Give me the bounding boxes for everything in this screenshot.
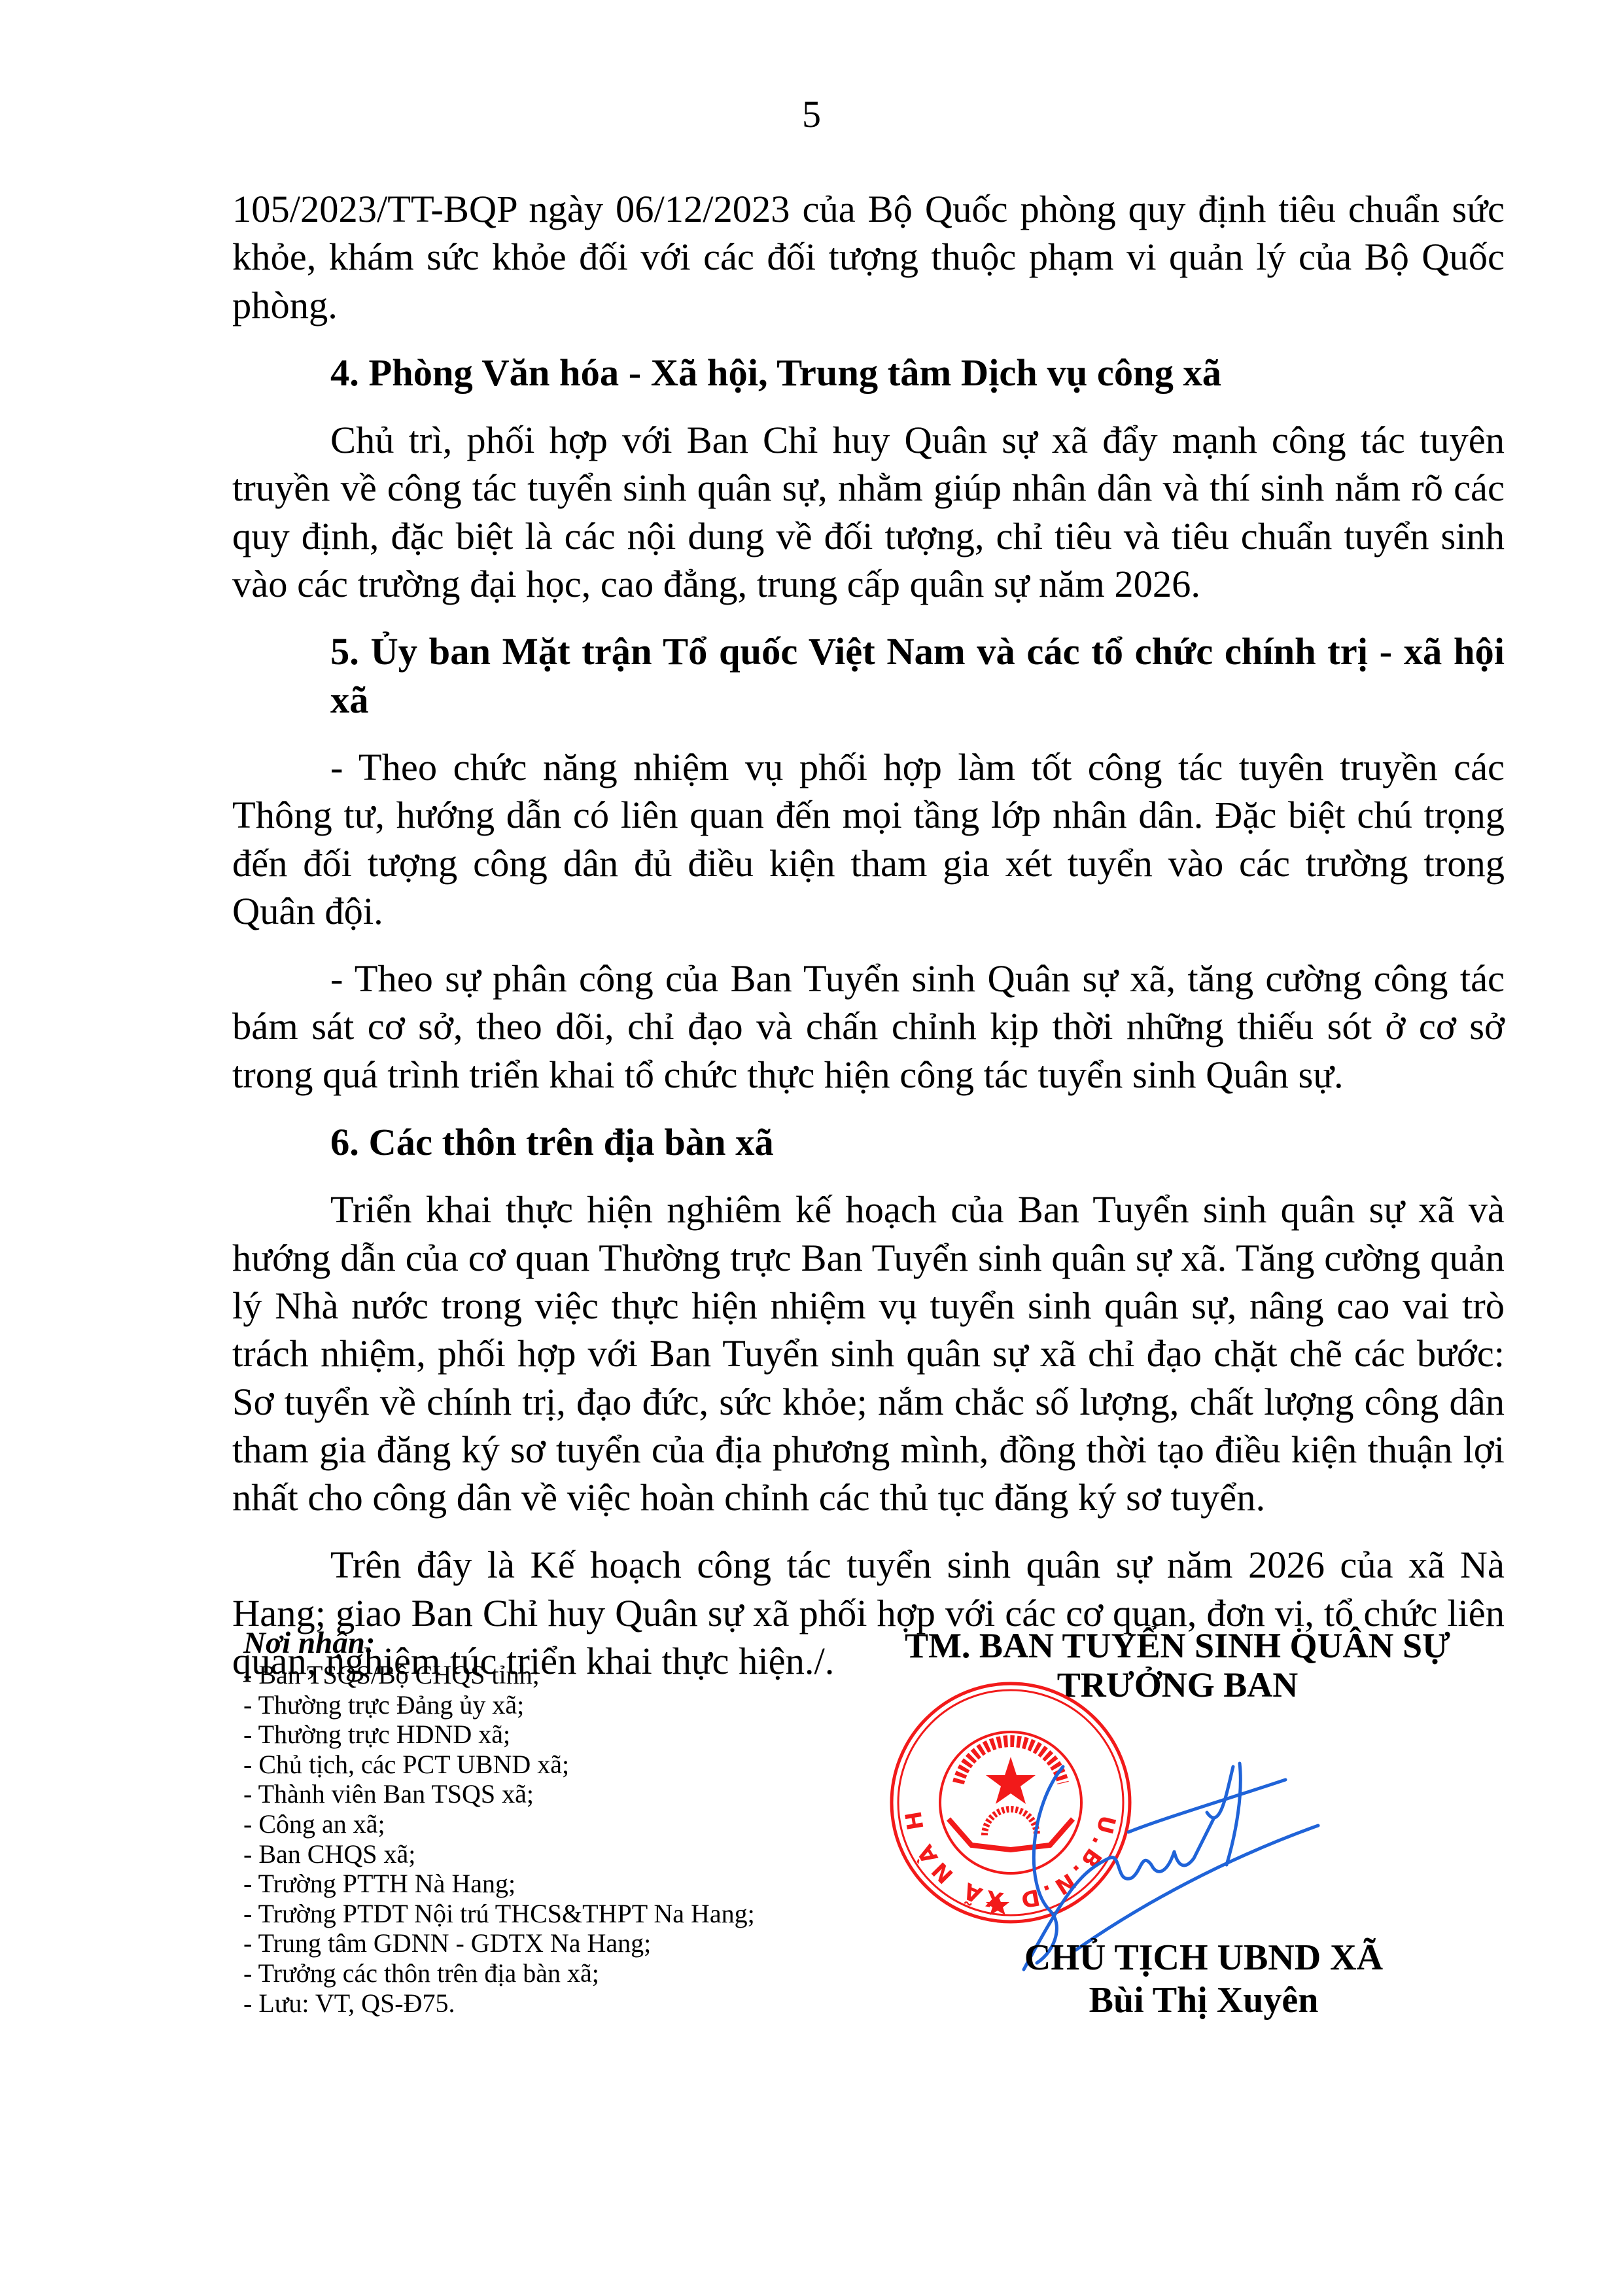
section-heading-5: 5. Ủy ban Mặt trận Tổ quốc Việt Nam và c… [232, 627, 1505, 724]
paragraph-section-5a: - Theo chức năng nhiệm vụ phối hợp làm t… [232, 743, 1505, 935]
recipient-item: - Trưởng các thôn trên địa bàn xã; [243, 1958, 832, 1988]
document-body: 105/2023/TT-BQP ngày 06/12/2023 của Bộ Q… [232, 185, 1505, 1685]
recipients-label: Nơi nhận: [243, 1626, 832, 1660]
recipient-item: - Trung tâm GDNN - GDTX Na Hang; [243, 1928, 832, 1958]
recipient-item: - Chủ tịch, các PCT UBND xã; [243, 1750, 832, 1780]
signing-organization: TM. BAN TUYỂN SINH QUÂN SỰ [850, 1626, 1505, 1665]
paragraph-section-6: Triển khai thực hiện nghiêm kế hoạch của… [232, 1186, 1505, 1521]
page-number: 5 [0, 92, 1623, 137]
signer-block: CHỦ TỊCH UBND XÃ Bùi Thị Xuyên [942, 1937, 1465, 2022]
recipient-item: - Lưu: VT, QS-Đ75. [243, 1988, 832, 2019]
recipient-item: - Ban CHQS xã; [243, 1839, 832, 1869]
paragraph-section-5b: - Theo sự phân công của Ban Tuyển sinh Q… [232, 955, 1505, 1099]
signer-name: Bùi Thị Xuyên [942, 1979, 1465, 2022]
paragraph-section-4: Chủ trì, phối hợp với Ban Chỉ huy Quân s… [232, 416, 1505, 608]
section-heading-4: 4. Phòng Văn hóa - Xã hội, Trung tâm Dịc… [232, 349, 1505, 397]
recipient-item: - Công an xã; [243, 1809, 832, 1839]
recipient-item: - Trường PTTH Nà Hang; [243, 1869, 832, 1899]
recipient-item: - Ban TSQS/Bộ CHQS tỉnh; [243, 1660, 832, 1690]
recipient-item: - Thành viên Ban TSQS xã; [243, 1779, 832, 1809]
recipient-item: - Trường PTDT Nội trú THCS&THPT Na Hang; [243, 1899, 832, 1929]
recipient-item: - Thường trực HDND xã; [243, 1720, 832, 1750]
recipients-list: Nơi nhận: - Ban TSQS/Bộ CHQS tỉnh; - Thư… [243, 1626, 832, 2018]
paragraph-continuation: 105/2023/TT-BQP ngày 06/12/2023 của Bộ Q… [232, 185, 1505, 329]
recipient-item: - Thường trực Đảng ủy xã; [243, 1690, 832, 1720]
signer-title: CHỦ TỊCH UBND XÃ [942, 1937, 1465, 1979]
section-heading-6: 6. Các thôn trên địa bàn xã [232, 1118, 1505, 1166]
